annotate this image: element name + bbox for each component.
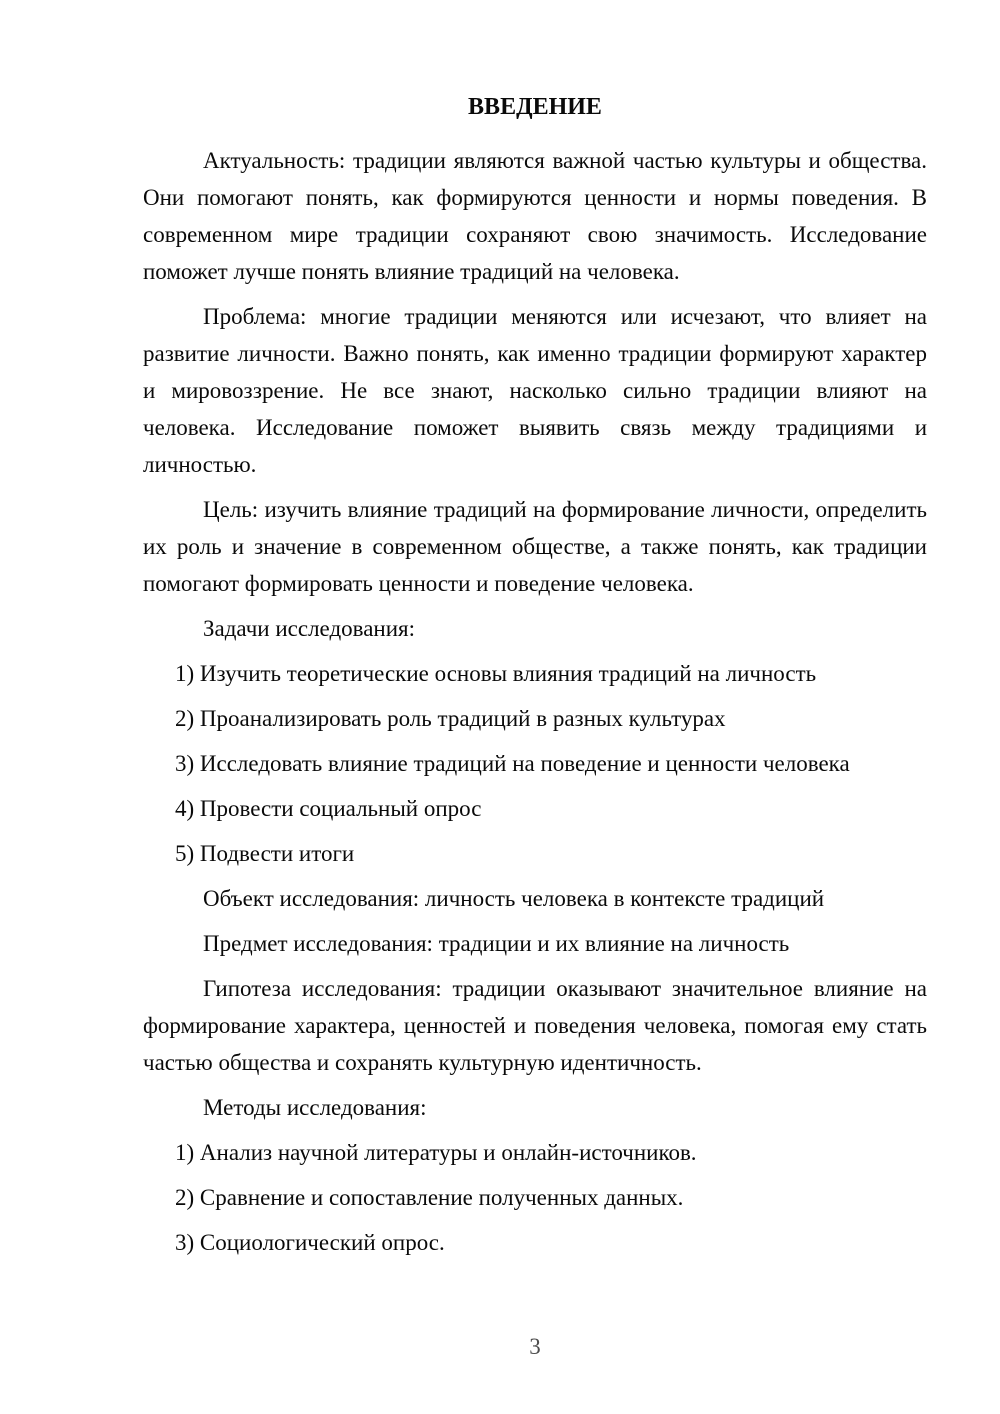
paragraph: Методы исследования: — [143, 1089, 927, 1126]
paragraph: Проблема: многие традиции меняются или и… — [143, 298, 927, 483]
page-title: ВВЕДЕНИЕ — [143, 89, 927, 126]
page-number: 3 — [143, 1328, 927, 1365]
document-page: ВВЕДЕНИЕ Актуальность: традиции являются… — [0, 0, 1000, 1414]
paragraph: Актуальность: традиции являются важной ч… — [143, 142, 927, 290]
list-item: 2) Проанализировать роль традиций в разн… — [143, 700, 927, 737]
paragraph: Предмет исследования: традиции и их влия… — [143, 925, 927, 962]
paragraph: Задачи исследования: — [143, 610, 927, 647]
document-body: Актуальность: традиции являются важной ч… — [143, 142, 927, 1261]
list-item: 4) Провести социальный опрос — [143, 790, 927, 827]
list-item: 2) Сравнение и сопоставление полученных … — [143, 1179, 927, 1216]
paragraph: Объект исследования: личность человека в… — [143, 880, 927, 917]
paragraph: Цель: изучить влияние традиций на формир… — [143, 491, 927, 602]
list-item: 1) Изучить теоретические основы влияния … — [143, 655, 927, 692]
list-item: 3) Социологический опрос. — [143, 1224, 927, 1261]
paragraph: Гипотеза исследования: традиции оказываю… — [143, 970, 927, 1081]
list-item: 3) Исследовать влияние традиций на повед… — [143, 745, 927, 782]
list-item: 5) Подвести итоги — [143, 835, 927, 872]
list-item: 1) Анализ научной литературы и онлайн-ис… — [143, 1134, 927, 1171]
